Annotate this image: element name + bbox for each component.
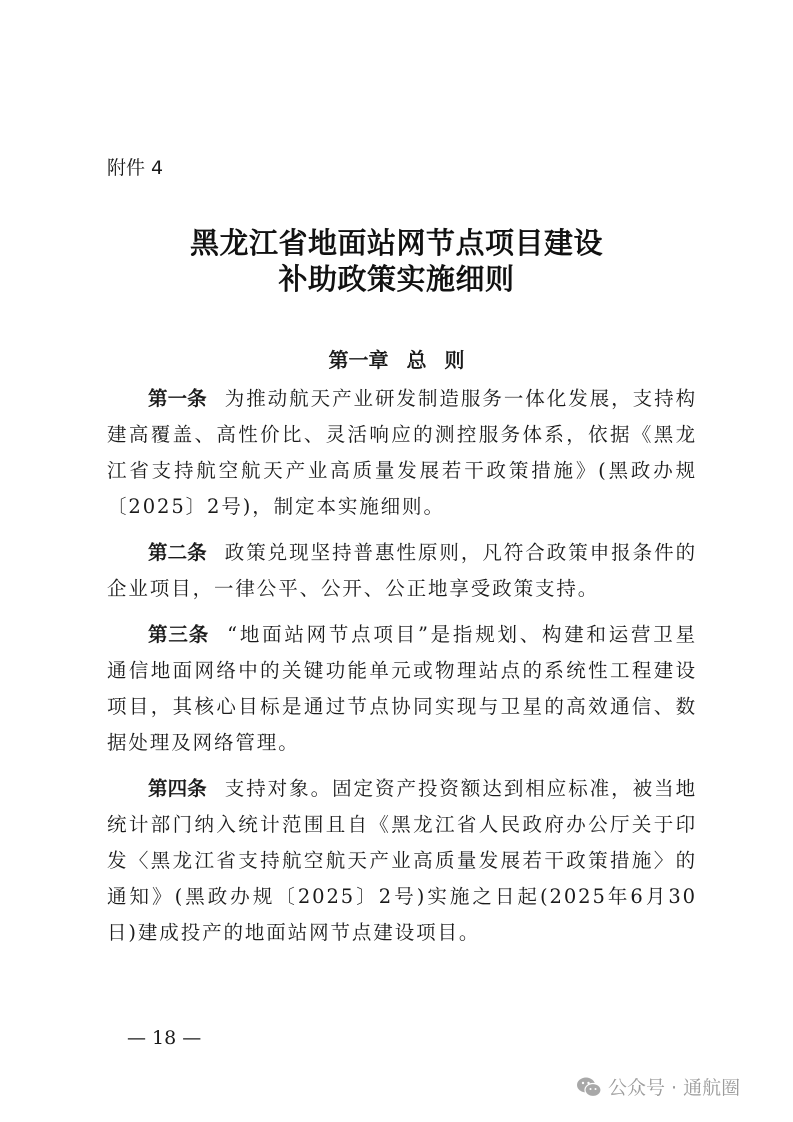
article-label: 第三条 <box>148 623 209 646</box>
article-2: 第二条政策兑现坚持普惠性原则，凡符合政策申报条件的企业项目，一律公平、公开、公正… <box>107 535 697 607</box>
chapter-number: 第一章 <box>329 348 389 372</box>
article-label: 第一条 <box>148 387 207 410</box>
watermark-text: 公众号 · 通航圈 <box>608 1073 740 1100</box>
watermark: 公众号 · 通航圈 <box>576 1073 740 1100</box>
chapter-name-1: 总 <box>407 348 427 372</box>
article-4: 第四条支持对象。固定资产投资额达到相应标准，被当地统计部门纳入统计范围且自《黑龙… <box>107 771 697 951</box>
article-text: 支持对象。固定资产投资额达到相应标准，被当地统计部门纳入统计范围且自《黑龙江省人… <box>107 777 697 944</box>
attachment-label: 附件 4 <box>107 153 163 180</box>
chapter-name-2: 则 <box>445 348 465 372</box>
article-label: 第四条 <box>148 777 207 800</box>
article-1: 第一条为推动航天产业研发制造服务一体化发展，支持构建高覆盖、高性价比、灵活响应的… <box>107 381 697 525</box>
chapter-heading: 第一章总则 <box>0 344 793 373</box>
article-3: 第三条“地面站网节点项目”是指规划、构建和运营卫星通信地面网络中的关键功能单元或… <box>107 617 697 761</box>
document-title-line-2: 补助政策实施细则 <box>0 257 793 298</box>
article-label: 第二条 <box>148 541 207 564</box>
document-body: 第一条为推动航天产业研发制造服务一体化发展，支持构建高覆盖、高性价比、灵活响应的… <box>107 381 697 961</box>
document-title-line-1: 黑龙江省地面站网节点项目建设 <box>0 221 793 262</box>
page-number: — 18 — <box>127 1027 201 1049</box>
wechat-icon <box>576 1076 602 1098</box>
